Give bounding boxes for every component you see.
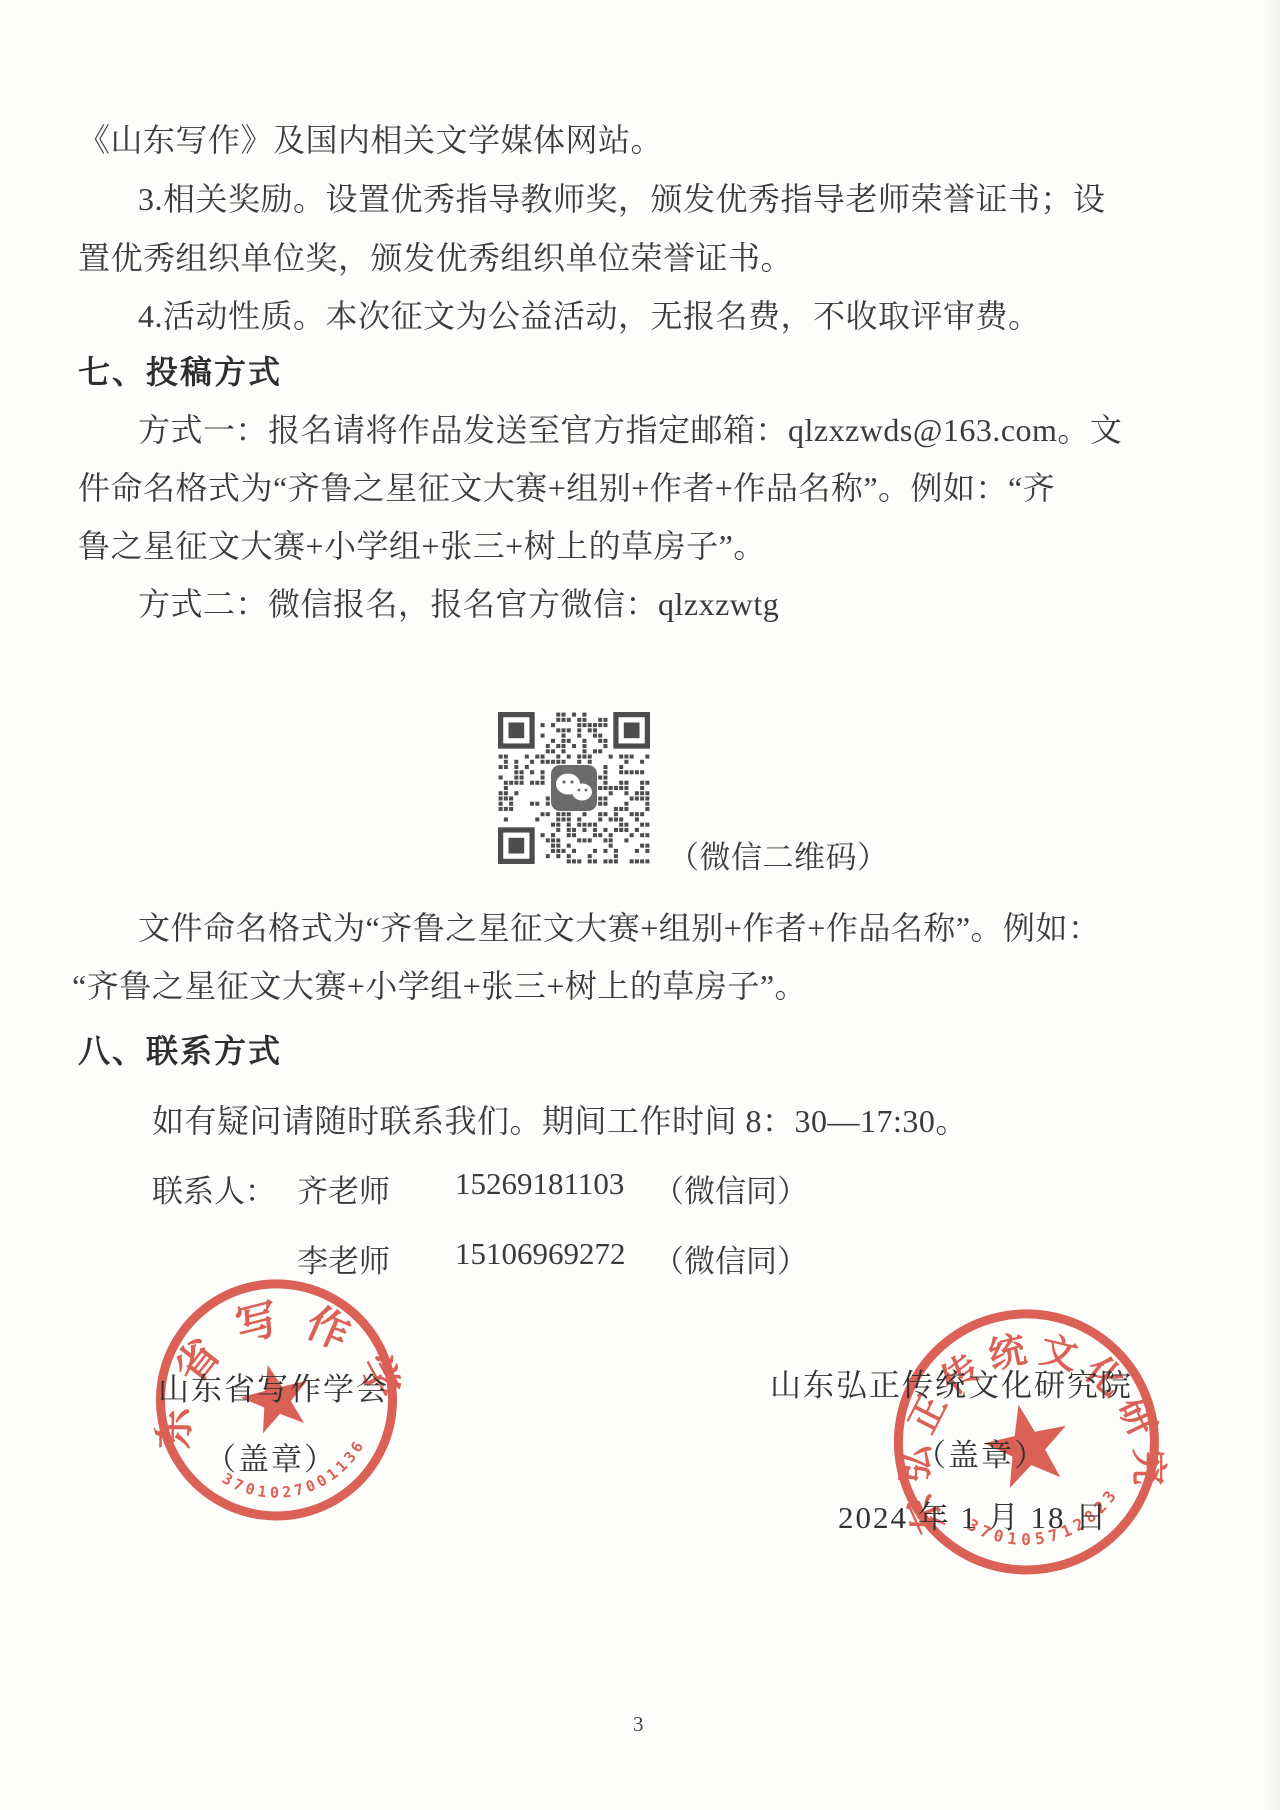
section-7-heading: 七、投稿方式 [78,347,282,393]
contact1-name: 齐老师 [297,1166,390,1211]
document-page: 《山东写作》及国内相关文学媒体网站。 3.相关奖励。设置优秀指导教师奖，颁发优秀… [0,0,1280,1810]
signature-date: 2024 年 1 月 18 日 [838,1492,1108,1537]
item-3-awards-line2: 置优秀组织单位奖，颁发优秀组织单位荣誉证书。 [78,233,793,279]
method-2-line: 方式二：微信报名，报名官方微信：qlzxzwtg [138,579,779,625]
contact1-phone: 15269181103 [455,1166,624,1202]
contact-label: 联系人： [152,1166,276,1211]
page-number: 3 [633,1712,644,1737]
contact-row-2: 李老师 15106969272 （微信同） [0,1236,1280,1276]
left-org-name: 山东省写作学会 [158,1364,389,1409]
contact2-note: （微信同） [653,1236,808,1281]
contact2-phone: 15106969272 [455,1236,626,1272]
item-4-activity-nature: 4.活动性质。本次征文为公益活动，无报名费，不收取评审费。 [138,291,1041,337]
method-1-line3: 鲁之星征文大赛+小学组+张三+树上的草房子”。 [78,521,766,567]
right-org-name: 山东弘正传统文化研究院 [770,1360,1133,1405]
method-1-line2: 件命名格式为“齐鲁之星征文大赛+组别+作者+作品名称”。例如：“齐 [78,463,1055,509]
paragraph-continuation-media: 《山东写作》及国内相关文学媒体网站。 [78,115,663,161]
contact1-note: （微信同） [653,1166,808,1211]
contact-row-1: 联系人： 齐老师 15269181103 （微信同） [0,1166,1280,1206]
contact-intro-line: 如有疑问请随时联系我们。期间工作时间 8：30—17:30。 [152,1096,968,1142]
left-seal-note: （盖章） [205,1434,337,1479]
scan-edge-shadow [1264,0,1280,1810]
right-seal-note: （盖章） [915,1430,1047,1475]
item-3-awards-line1: 3.相关奖励。设置优秀指导教师奖，颁发优秀指导老师荣誉证书；设 [138,174,1106,220]
naming-format-line2: “齐鲁之星征文大赛+小学组+张三+树上的草房子”。 [72,961,807,1007]
section-8-heading: 八、联系方式 [78,1026,282,1072]
method-1-line1: 方式一：报名请将作品发送至官方指定邮箱：qlzxzwds@163.com。文 [138,405,1122,451]
naming-format-line1: 文件命名格式为“齐鲁之星征文大赛+组别+作者+作品名称”。例如： [138,903,1101,949]
wechat-qr-code [498,712,650,864]
qr-caption: （微信二维码） [668,832,889,877]
